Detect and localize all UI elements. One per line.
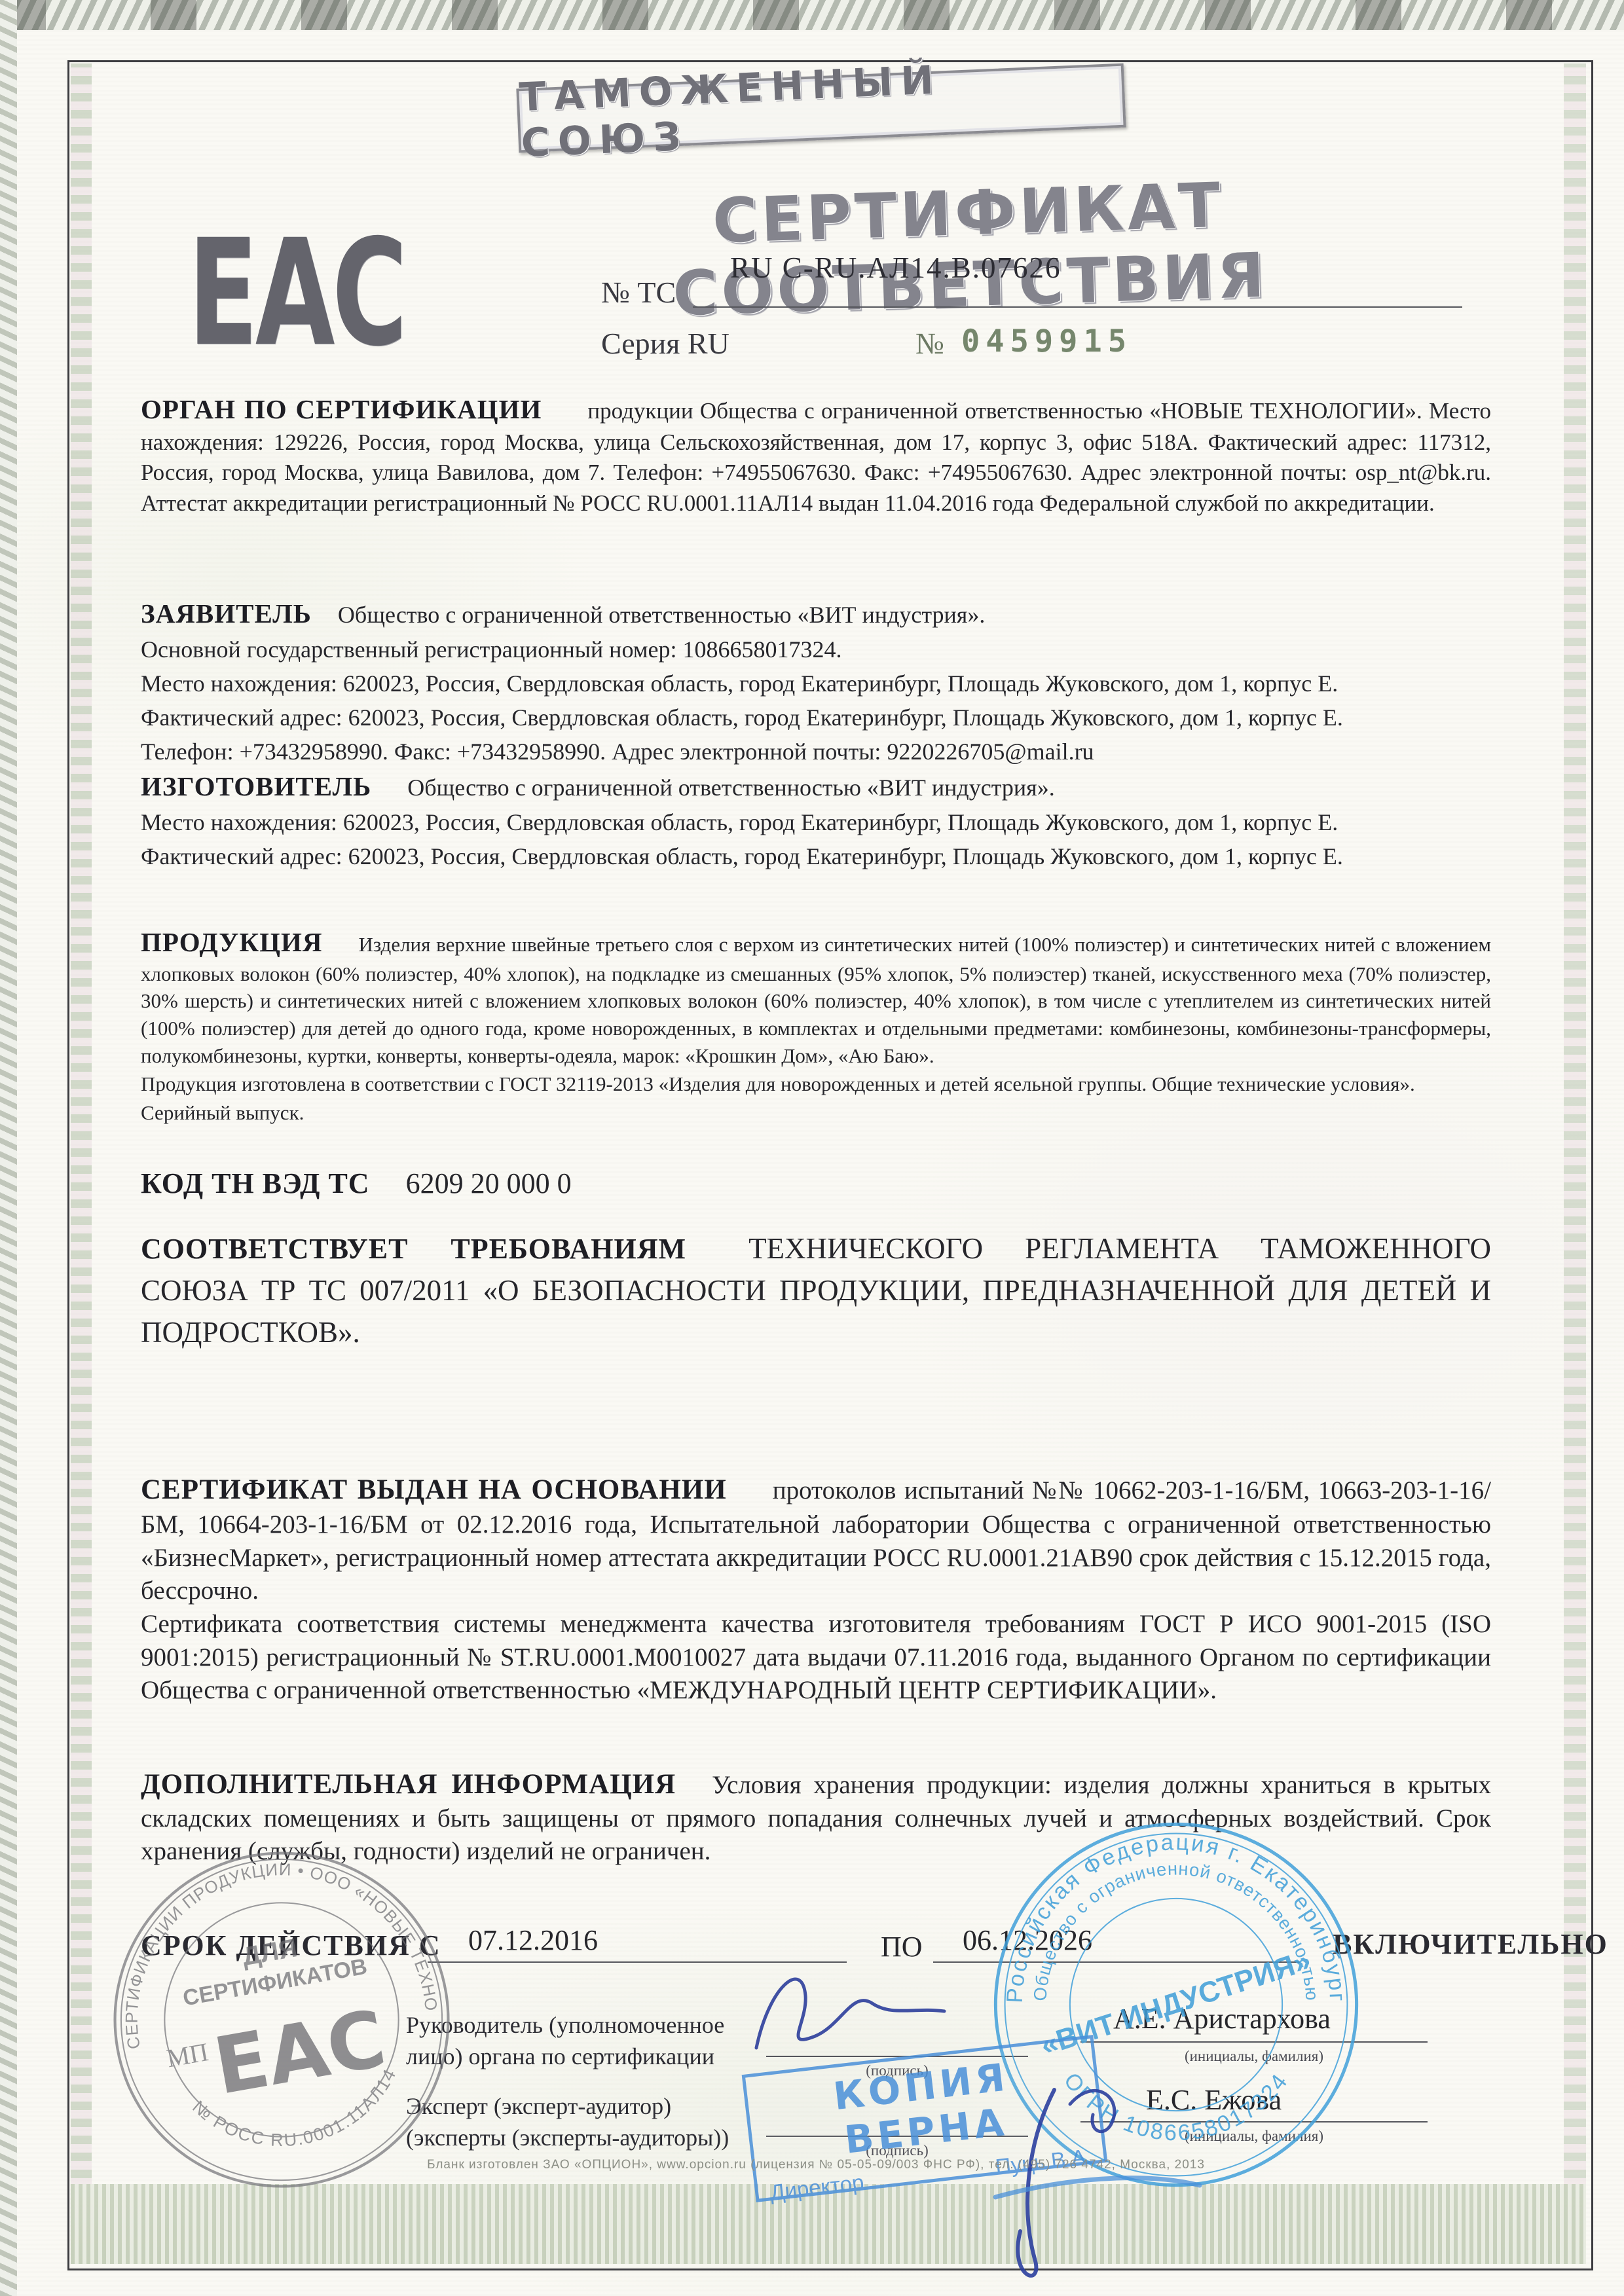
- section-issued-basis: СЕРТИФИКАТ ВЫДАН НА ОСНОВАНИИпротоколов …: [141, 1472, 1491, 1707]
- section-label-manufacturer: ИЗГОТОВИТЕЛЬ: [141, 771, 407, 801]
- section-label-additional-info: ДОПОЛНИТЕЛЬНАЯ ИНФОРМАЦИЯ: [141, 1769, 712, 1800]
- section-tnved-code: КОД ТН ВЭД ТС6209 20 000 0: [141, 1167, 1491, 1200]
- products-text-row: ПРОДУКЦИЯИзделия верхние швейные третьег…: [141, 924, 1491, 1069]
- section-label-certification-body: ОРГАН ПО СЕРТИФИКАЦИИ: [141, 394, 587, 424]
- section-label-complies: СООТВЕТСТВУЕТ ТРЕБОВАНИЯМ: [141, 1233, 748, 1265]
- section-manufacturer: ИЗГОТОВИТЕЛЬОбщество с ограниченной отве…: [141, 767, 1491, 874]
- director-handwritten-signature: [970, 2062, 1219, 2285]
- applicant-line: Место нахождения: 620023, Россия, Свердл…: [141, 667, 1491, 701]
- issued-basis-text2: Сертификата соответствия системы менеджм…: [141, 1608, 1491, 1707]
- guilloche-top-band: [0, 0, 1624, 30]
- blank-print-note: Бланк изготовлен ЗАО «ОПЦИОН», www.opcio…: [141, 2158, 1491, 2172]
- applicant-line: Фактический адрес: 620023, Россия, Сверд…: [141, 701, 1491, 735]
- tnved-code-value: 6209 20 000 0: [406, 1167, 572, 1199]
- section-complies-with: СООТВЕТСТВУЕТ ТРЕБОВАНИЯМТЕХНИЧЕСКОГО РЕ…: [141, 1228, 1491, 1354]
- certificate-number: RU C-RU.АЛ14.В.07626: [730, 251, 1061, 285]
- manufacturer-intro: Общество с ограниченной ответственностью…: [407, 774, 1054, 801]
- blank-number-sign: №: [915, 326, 944, 361]
- applicant-line: Телефон: +73432958990. Факс: +7343295899…: [141, 735, 1491, 769]
- manufacturer-intro-row: ИЗГОТОВИТЕЛЬОбщество с ограниченной отве…: [141, 767, 1491, 806]
- certificate-page: ТАМОЖЕННЫЙ СОЮЗ ЕАС СЕРТИФИКАТ СООТВЕТСТ…: [0, 0, 1624, 2296]
- org-stamp-center-line1: ДЛЯ: [240, 1933, 300, 1971]
- section-products: ПРОДУКЦИЯИзделия верхние швейные третьег…: [141, 924, 1491, 1126]
- section-label-applicant: ЗАЯВИТЕЛЬ: [141, 598, 338, 629]
- org-stamp-mp: МП: [164, 2037, 210, 2073]
- section-applicant: ЗАЯВИТЕЛЬОбщество с ограниченной ответст…: [141, 594, 1491, 769]
- section-label-products: ПРОДУКЦИЯ: [141, 927, 358, 957]
- section-label-issued-basis: СЕРТИФИКАТ ВЫДАН НА ОСНОВАНИИ: [141, 1474, 773, 1505]
- series-label: Серия RU: [601, 326, 729, 361]
- applicant-intro-row: ЗАЯВИТЕЛЬОбщество с ограниченной ответст…: [141, 594, 1491, 633]
- products-serial-line: Серийный выпуск.: [141, 1099, 1491, 1127]
- head-handwritten-signature: [740, 1950, 963, 2074]
- manufacturer-line: Фактический адрес: 620023, Россия, Сверд…: [141, 840, 1491, 874]
- products-gost-line: Продукция изготовлена в соответствии с Г…: [141, 1070, 1491, 1098]
- section-certification-body: ОРГАН ПО СЕРТИФИКАЦИИпродукции Общества …: [141, 392, 1491, 519]
- certificate-number-underline: [693, 306, 1462, 308]
- manufacturer-line: Место нахождения: 620023, Россия, Свердл…: [141, 806, 1491, 840]
- applicant-line: Основной государственный регистрационный…: [141, 633, 1491, 667]
- blank-number: 0459915: [961, 323, 1132, 359]
- no-ts-label: № ТС: [601, 275, 676, 310]
- section-label-tnved: КОД ТН ВЭД ТС: [141, 1167, 406, 1199]
- guilloche-left-band: [0, 0, 17, 2296]
- eac-logo: ЕАС: [188, 224, 405, 363]
- applicant-intro: Общество с ограниченной ответственностью…: [338, 602, 985, 628]
- customs-union-banner: ТАМОЖЕННЫЙ СОЮЗ: [516, 64, 1126, 153]
- issued-basis-row: СЕРТИФИКАТ ВЫДАН НА ОСНОВАНИИпротоколов …: [141, 1472, 1491, 1608]
- validity-from-date: 07.12.2016: [468, 1923, 598, 1957]
